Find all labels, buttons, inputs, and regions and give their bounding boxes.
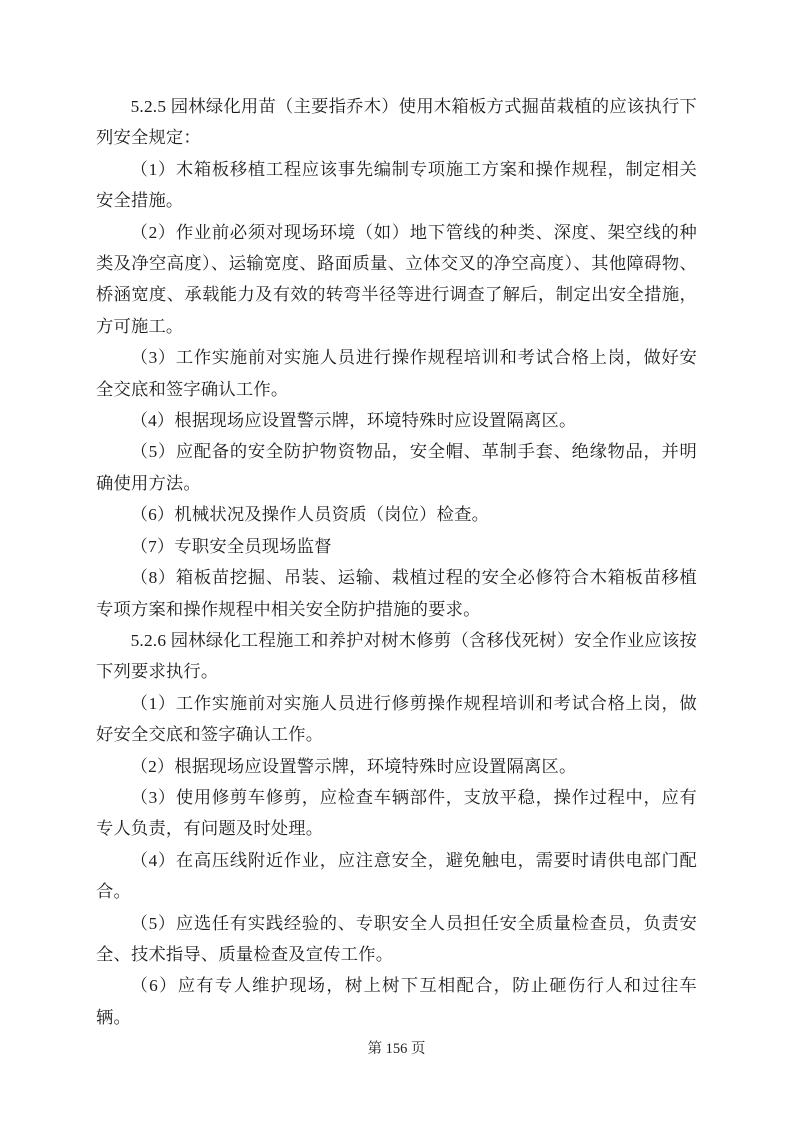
safety-rule-item: （5）应配备的安全防护物资物品，安全帽、革制手套、绝缘物品，并明确使用方法。 xyxy=(96,436,697,499)
document-body: 5.2.5 园林绿化用苗（主要指乔木）使用木箱板方式掘苗栽植的应该执行下列安全规… xyxy=(96,91,697,1033)
section-heading-5-2-6: 5.2.6 园林绿化工程施工和养护对树木修剪（含移伐死树）安全作业应该按下列要求… xyxy=(96,625,697,688)
safety-rule-item: （4）在高压线附近作业，应注意安全，避免触电，需要时请供电部门配合。 xyxy=(96,845,697,908)
safety-rule-item: （7）专职安全员现场监督 xyxy=(96,531,697,562)
safety-rule-item: （2）作业前必须对现场环境（如）地下管线的种类、深度、架空线的种类及净空高度）、… xyxy=(96,217,697,343)
document-page: 5.2.5 园林绿化用苗（主要指乔木）使用木箱板方式掘苗栽植的应该执行下列安全规… xyxy=(0,0,793,1122)
safety-rule-item: （3）使用修剪车修剪，应检查车辆部件，支放平稳，操作过程中，应有专人负责，有问题… xyxy=(96,782,697,845)
safety-rule-item: （5）应选任有实践经验的、专职安全人员担任安全质量检查员，负责安全、技术指导、质… xyxy=(96,908,697,971)
safety-rule-item: （6）应有专人维护现场，树上树下互相配合，防止砸伤行人和过往车辆。 xyxy=(96,970,697,1033)
safety-rule-item: （1）木箱板移植工程应该事先编制专项施工方案和操作规程，制定相关安全措施。 xyxy=(96,154,697,217)
safety-rule-item: （8）箱板苗挖掘、吊装、运输、栽植过程的安全必修符合木箱板苗移植专项方案和操作规… xyxy=(96,562,697,625)
section-heading-5-2-5: 5.2.5 园林绿化用苗（主要指乔木）使用木箱板方式掘苗栽植的应该执行下列安全规… xyxy=(96,91,697,154)
safety-rule-item: （3）工作实施前对实施人员进行操作规程培训和考试合格上岗，做好安全交底和签字确认… xyxy=(96,342,697,405)
safety-rule-item: （6）机械状况及操作人员资质（岗位）检查。 xyxy=(96,499,697,530)
safety-rule-item: （1）工作实施前对实施人员进行修剪操作规程培训和考试合格上岗，做好安全交底和签字… xyxy=(96,688,697,751)
page-number: 第 156 页 xyxy=(0,1039,793,1059)
safety-rule-item: （2）根据现场应设置警示牌，环境特殊时应设置隔离区。 xyxy=(96,751,697,782)
safety-rule-item: （4）根据现场应设置警示牌，环境特殊时应设置隔离区。 xyxy=(96,405,697,436)
